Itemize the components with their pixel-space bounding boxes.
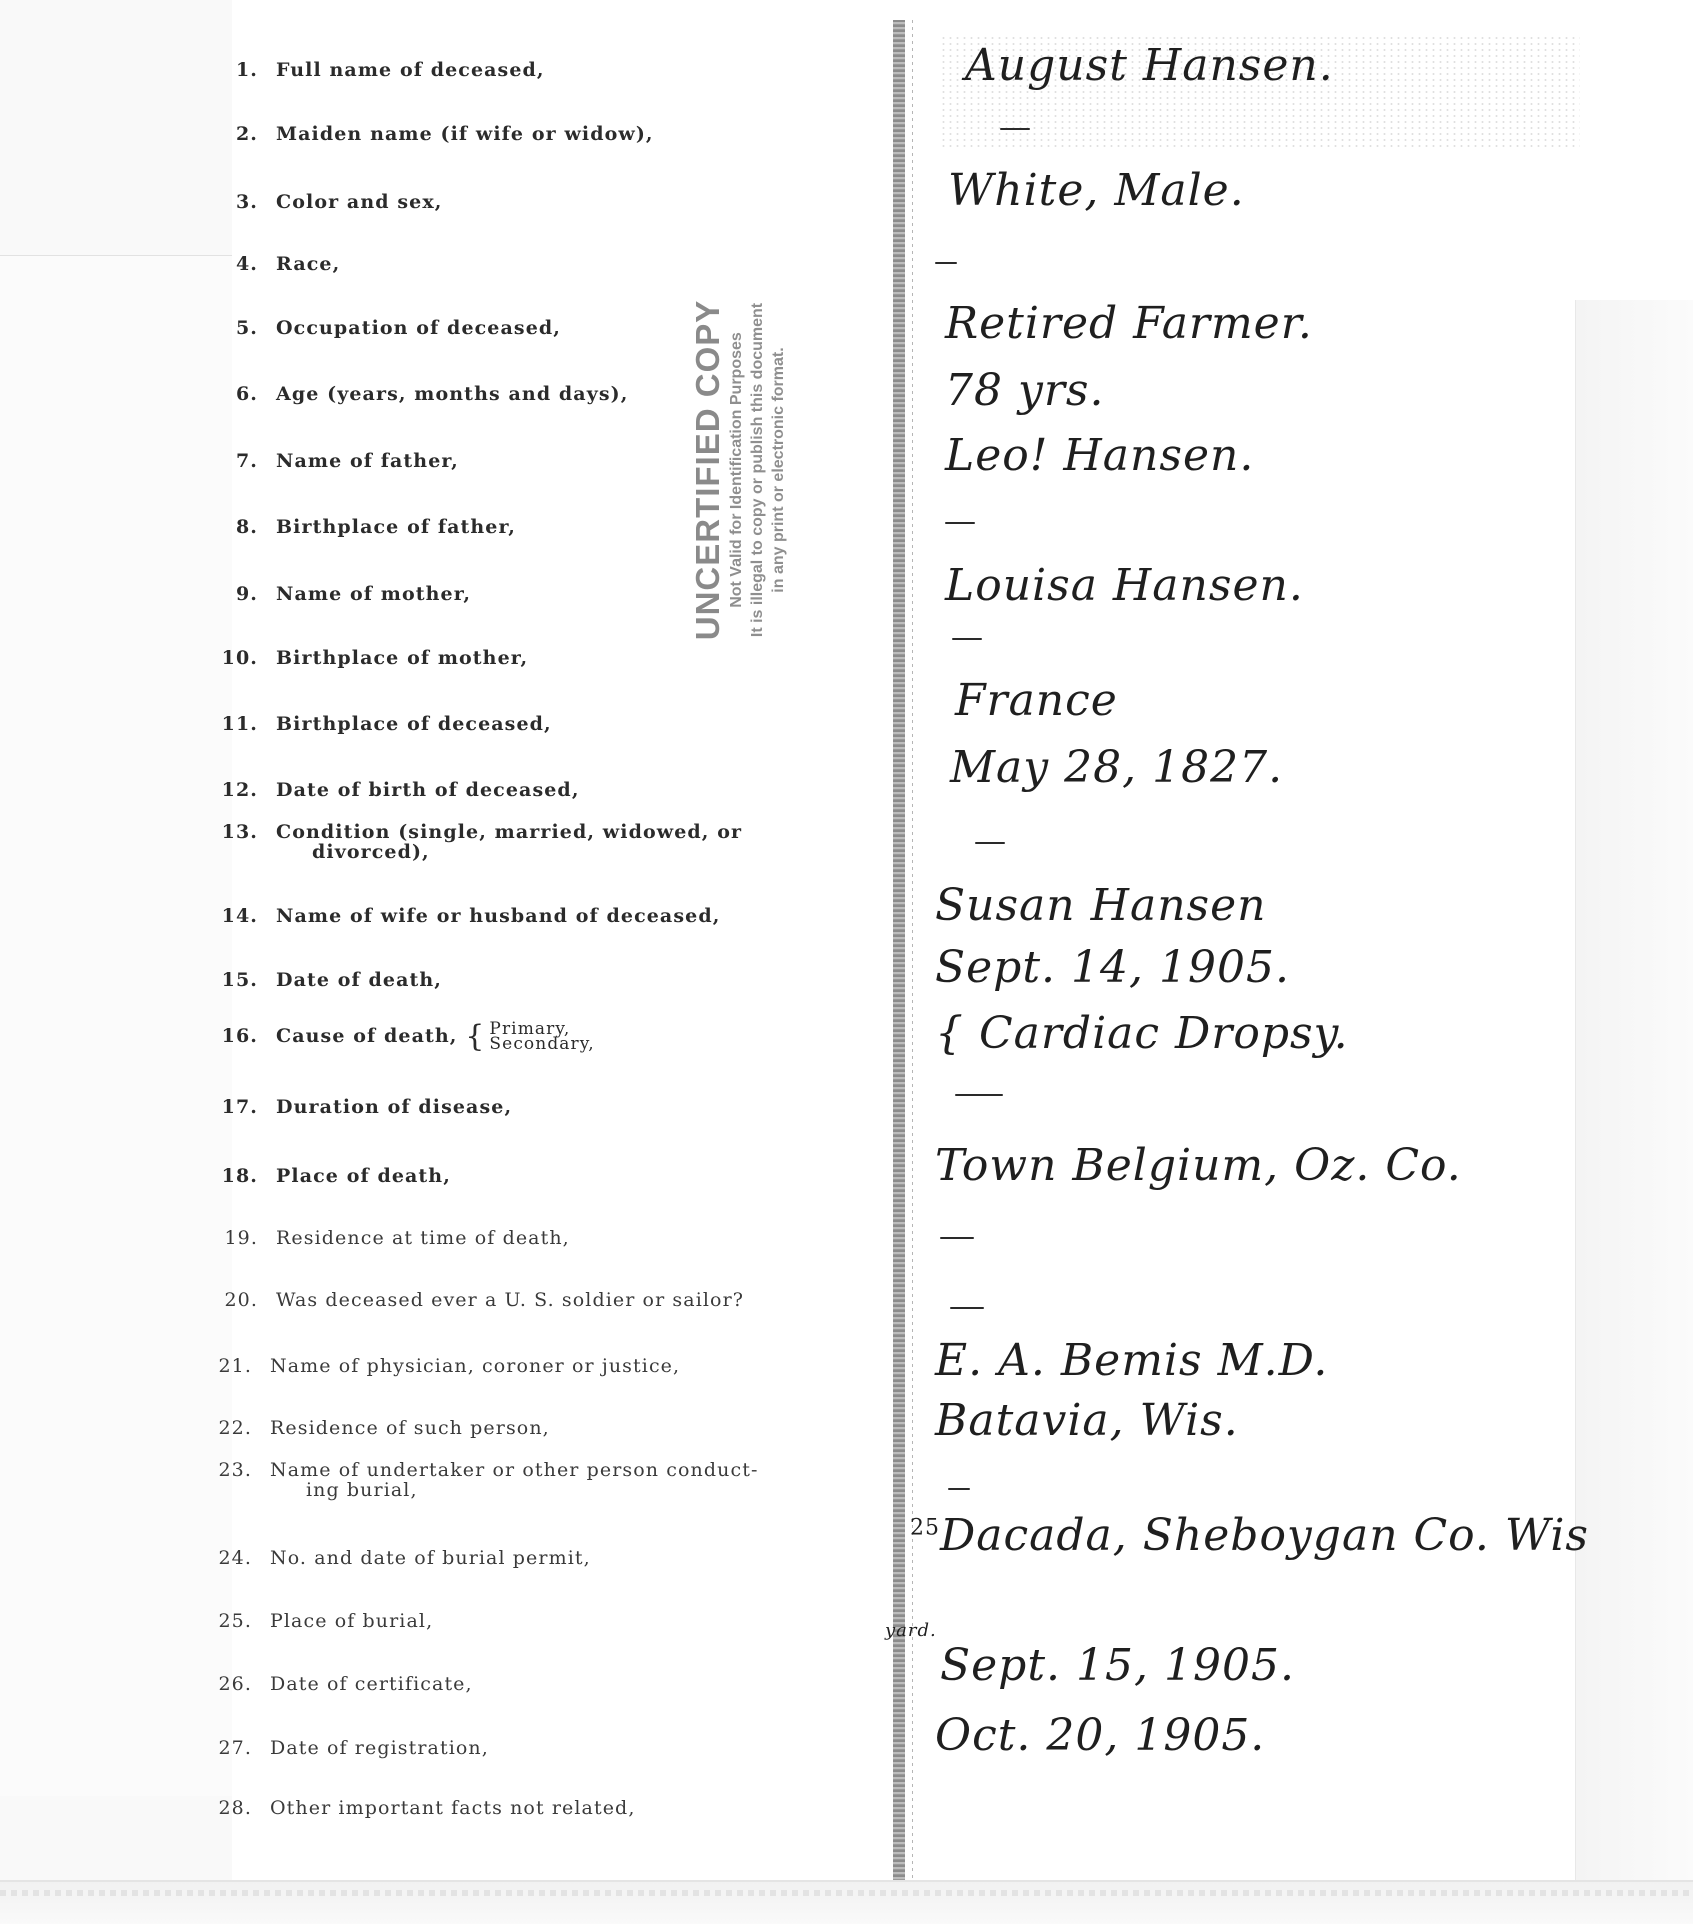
document-page xyxy=(232,20,1582,1880)
field-label: 11.Birthplace of deceased, xyxy=(220,714,860,734)
answer-residence-dash xyxy=(940,1237,974,1239)
answer-full-name: August Hansen. xyxy=(965,40,1334,91)
answer-date-of-registration: Oct. 20, 1905. xyxy=(935,1710,1265,1761)
answer-occupation: Retired Farmer. xyxy=(945,298,1313,349)
field-label: 25.Place of burial, xyxy=(214,1611,854,1631)
answer-mother-name: Louisa Hansen. xyxy=(945,560,1304,611)
field-label: 19.Residence at time of death, xyxy=(220,1228,860,1248)
field-label: 18.Place of death, xyxy=(220,1166,860,1186)
field-label: 23.Name of undertaker or other person co… xyxy=(214,1460,854,1500)
field-label: 12.Date of birth of deceased, xyxy=(220,780,860,800)
field-label: 13.Condition (single, married, widowed, … xyxy=(220,822,860,862)
answer-spouse-name: Susan Hansen xyxy=(935,880,1267,931)
cause-subfields: Primary,Secondary, xyxy=(489,1022,594,1052)
answer-physician: E. A. Bemis M.D. xyxy=(935,1335,1328,1386)
answer-date-of-birth: May 28, 1827. xyxy=(950,742,1283,793)
field-label: 2.Maiden name (if wife or widow), xyxy=(220,124,860,144)
answer-age: 78 yrs. xyxy=(945,365,1104,416)
answer-soldier-dash xyxy=(950,1307,984,1309)
answer-father-birthplace-dash xyxy=(945,522,975,524)
uncertified-copy-stamp: UNCERTIFIED COPY Not Valid for Identific… xyxy=(690,250,789,690)
field-label: 22.Residence of such person, xyxy=(214,1418,854,1438)
field-label: 20.Was deceased ever a U. S. soldier or … xyxy=(220,1290,860,1310)
answer-mother-birthplace-dash xyxy=(952,638,982,640)
field-label: 15.Date of death, xyxy=(220,970,860,990)
answer-undertaker-dash xyxy=(948,1488,970,1490)
scanner-background-tab xyxy=(0,255,232,1796)
answer-physician-residence: Batavia, Wis. xyxy=(935,1395,1239,1446)
field-label: 1.Full name of deceased, xyxy=(220,60,860,80)
field-label: 3.Color and sex, xyxy=(220,192,860,212)
field-label: 26.Date of certificate, xyxy=(214,1674,854,1694)
answer-date-of-death: Sept. 14, 1905. xyxy=(935,942,1290,993)
answer-condition-dash xyxy=(975,842,1005,844)
answer-color-sex: White, Male. xyxy=(948,165,1245,216)
answer-date-of-certificate: Sept. 15, 1905. xyxy=(940,1640,1295,1691)
margin-note: yard. xyxy=(885,1620,937,1641)
answer-race-dash xyxy=(935,262,957,264)
answer-father-name: Leo! Hansen. xyxy=(945,430,1254,481)
field-label: 27.Date of registration, xyxy=(214,1738,854,1758)
brace-icon: { xyxy=(465,1019,485,1054)
page-right-edge xyxy=(1575,300,1693,1880)
answer-place-of-death: Town Belgium, Oz. Co. xyxy=(935,1140,1462,1191)
field-label: 17.Duration of disease, xyxy=(220,1097,860,1117)
field-label: 21.Name of physician, coroner or justice… xyxy=(214,1356,854,1376)
field-label: 24.No. and date of burial permit, xyxy=(214,1548,854,1568)
fold-line xyxy=(893,20,905,1885)
field-label: 16.Cause of death, {Primary,Secondary, xyxy=(220,1022,860,1052)
answer-maiden-name-dash xyxy=(1000,128,1030,130)
fold-line-secondary xyxy=(912,20,913,1885)
answer-cause-of-death: { Cardiac Dropsy. xyxy=(935,1008,1349,1059)
answer-duration-dash xyxy=(955,1094,1003,1096)
field-label: 28.Other important facts not related, xyxy=(214,1798,854,1818)
answer-birthplace: France xyxy=(955,675,1118,726)
answer-burial-place: 25Dacada, Sheboygan Co. Wis xyxy=(910,1510,1589,1561)
field-label: 14.Name of wife or husband of deceased, xyxy=(220,906,860,926)
scanner-background-bottom xyxy=(0,1880,1693,1924)
